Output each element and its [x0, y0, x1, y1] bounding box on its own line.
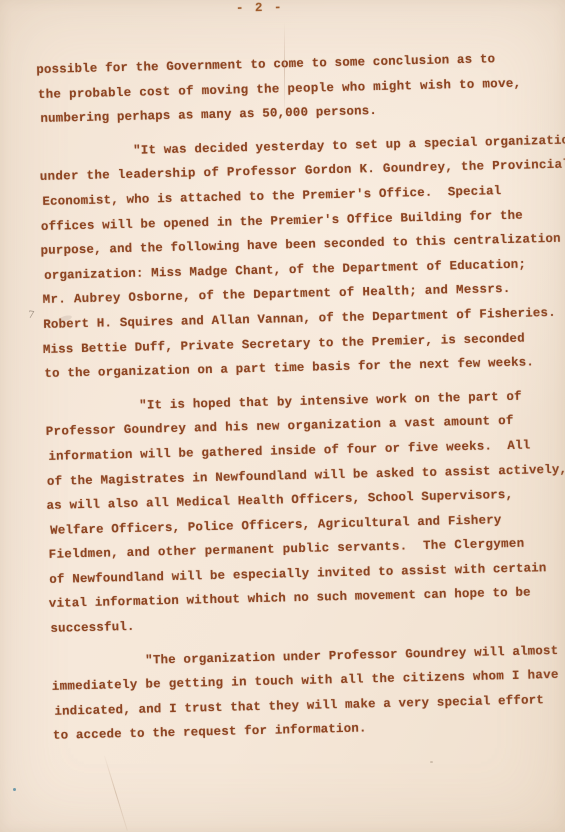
page-number: - 2 -: [236, 1, 284, 16]
paper-crease-bottom: [104, 756, 128, 831]
pencil-mark: 7: [27, 310, 35, 322]
ink-speck-blue: [13, 788, 16, 791]
paper-speck: [430, 761, 433, 763]
paragraph-information-gathering: "It is hoped that by intensive work on t…: [45, 384, 563, 642]
paragraph-contact-citizens: "The organization under Professor Goundr…: [51, 638, 565, 748]
paragraph-organization-setup: "It was decided yesterday to set up a sp…: [39, 129, 557, 387]
paragraph-continuation: possible for the Government to come to s…: [37, 46, 551, 132]
document-body: possible for the Government to come to s…: [37, 46, 565, 749]
